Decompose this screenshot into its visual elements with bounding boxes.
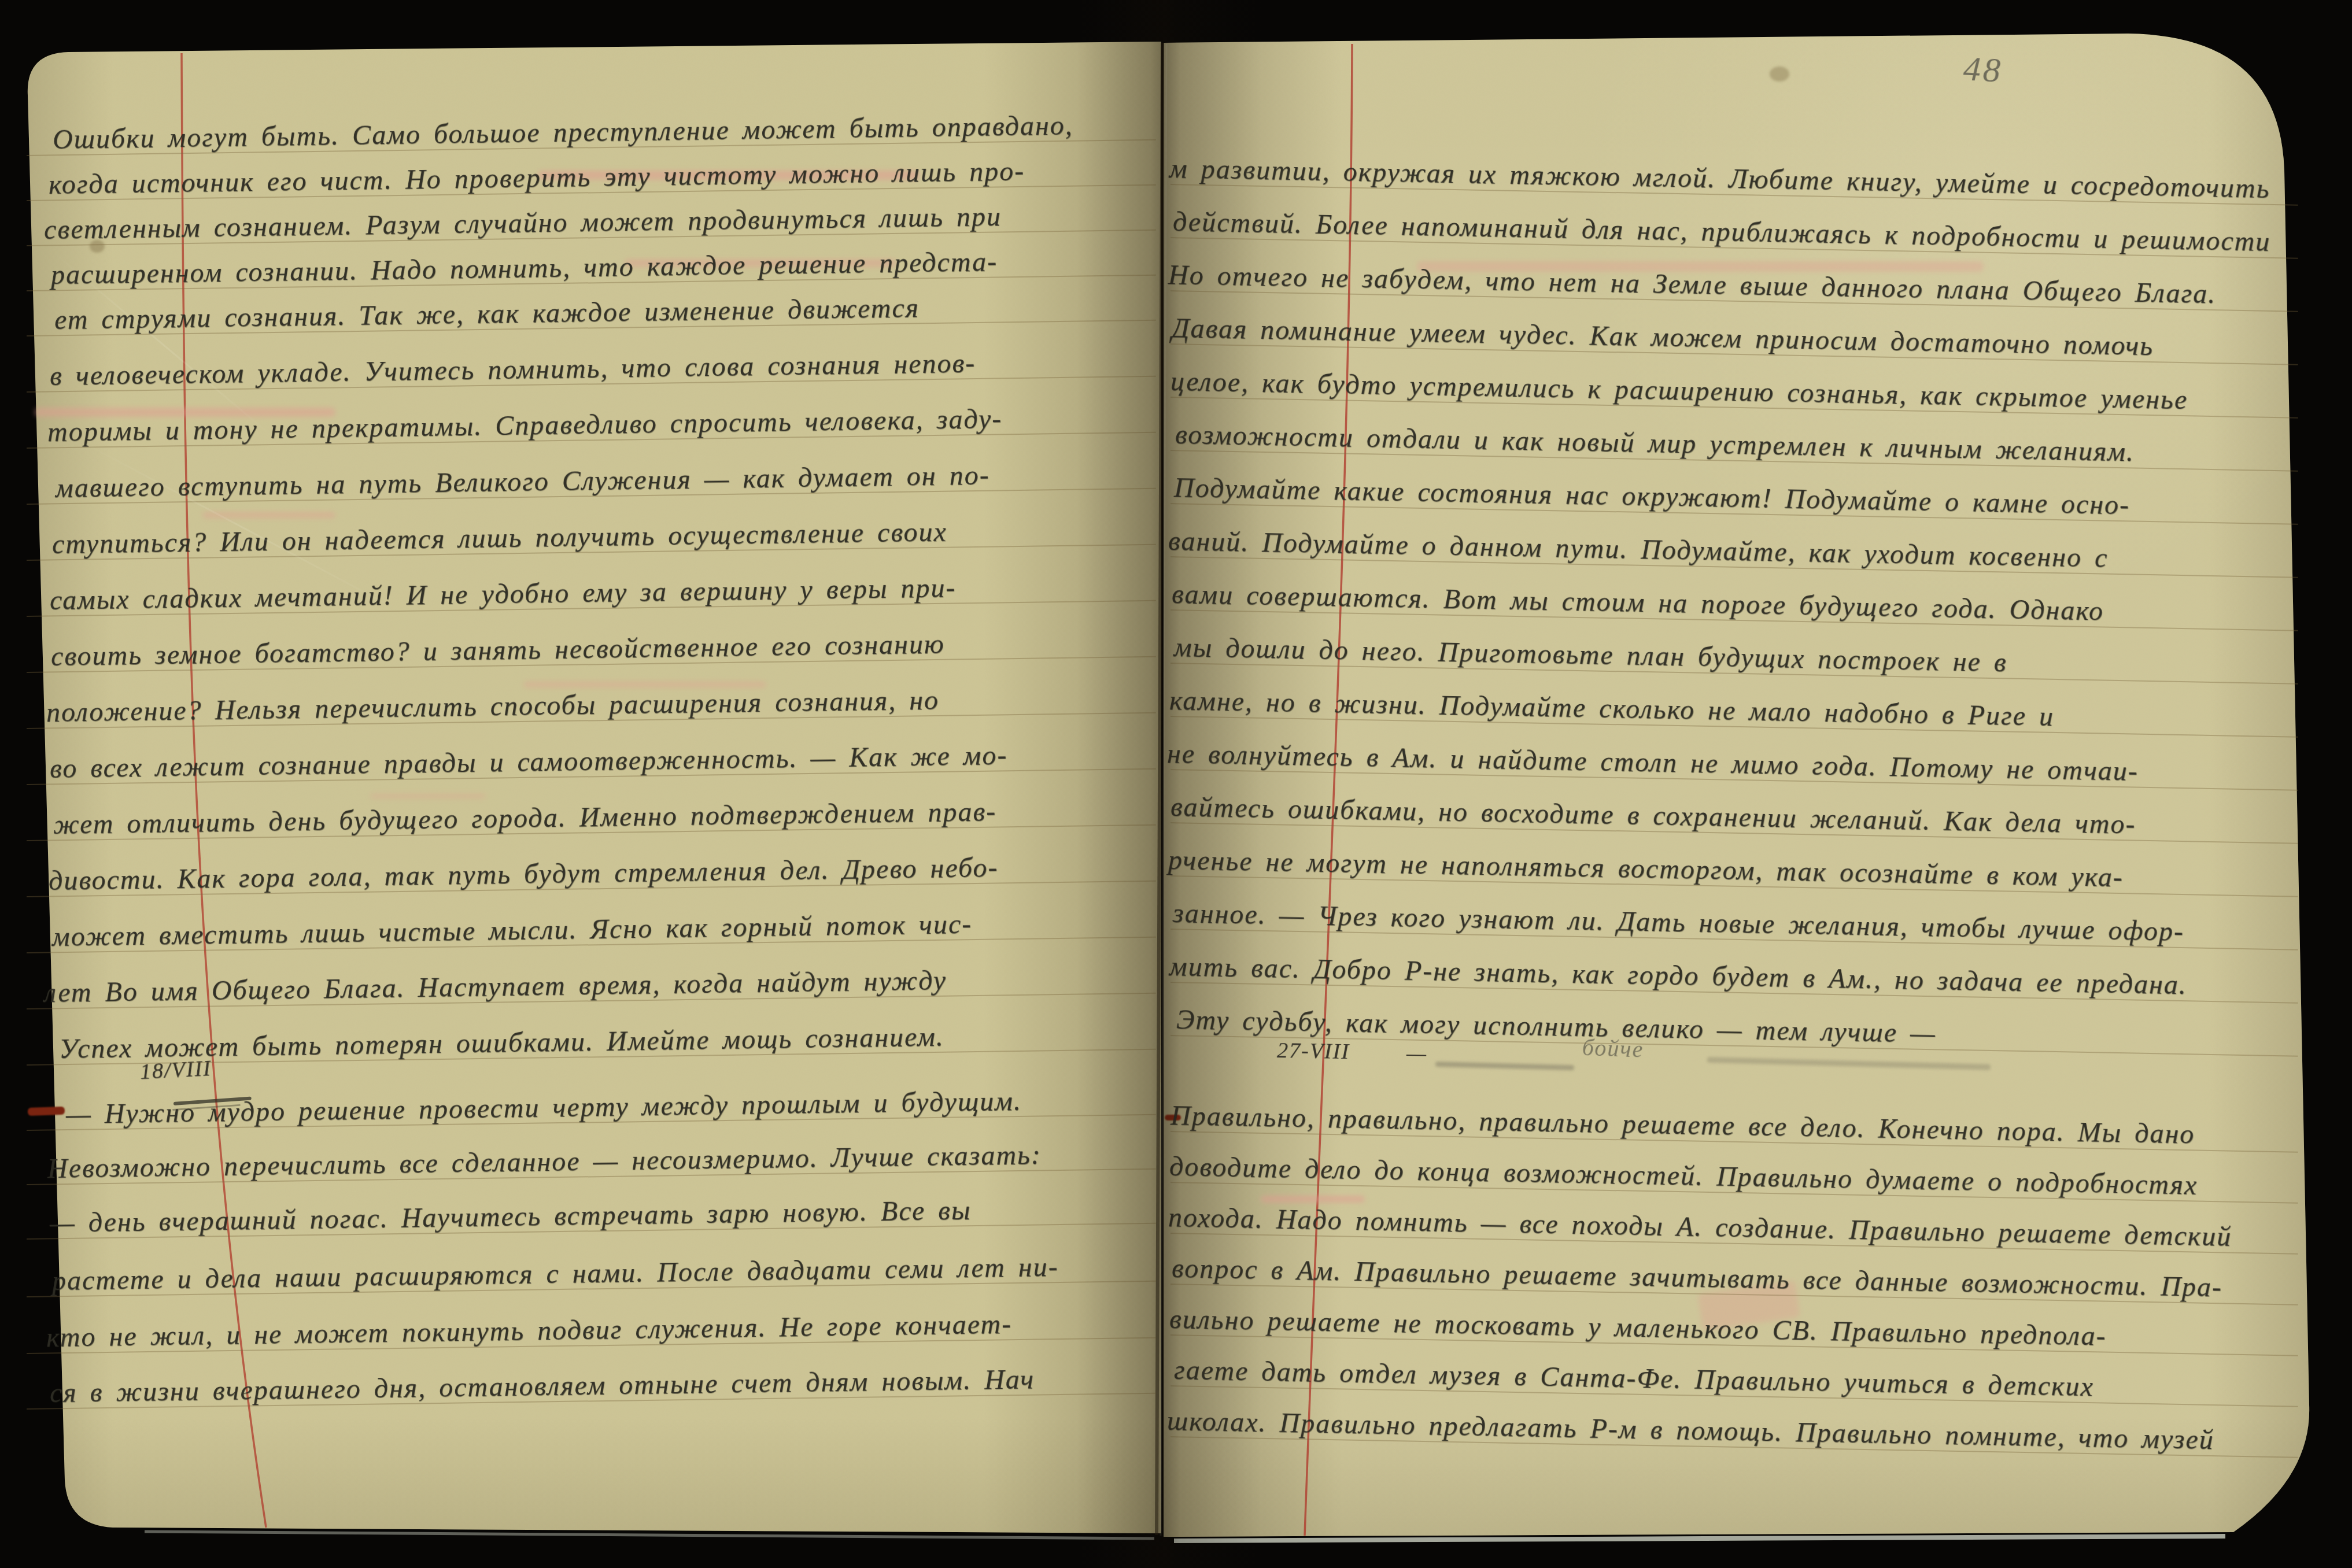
handwritten-line: Правильно, правильно, правильно решаете … xyxy=(1170,1099,2195,1152)
left-page: 18/VIII Ошибки могут быть. Само большое … xyxy=(27,0,1161,1568)
handwritten-line: вильно решаете не тосковать у маленького… xyxy=(1169,1302,2107,1354)
handwritten-line: доводите дело до конца возможностей. Пра… xyxy=(1169,1149,2198,1203)
handwritten-line: — Нужно мудро решение провести черту меж… xyxy=(66,1084,1022,1132)
handwritten-line: лет Во имя Общего Блага. Наступает время… xyxy=(44,963,947,1011)
handwritten-line: своить земное богатство? и занять несвой… xyxy=(51,627,945,674)
handwritten-line: самых сладких мечтаний! И не удобно ему … xyxy=(50,571,957,618)
handwritten-line: ет струями сознания. Так же, как каждое … xyxy=(54,291,920,338)
page-number: 48 xyxy=(1962,49,2004,90)
date-marker-right: 27-VIII xyxy=(1277,1038,1350,1064)
handwritten-line: вайтесь ошибками, но восходите в сохране… xyxy=(1170,790,2136,842)
handwritten-line: похода. Надо помнить — все походы А. соз… xyxy=(1168,1200,2232,1255)
scanned-notebook-spread: 18/VIII Ошибки могут быть. Само большое … xyxy=(0,0,2352,1568)
handwritten-line: камне, но в жизни. Подумайте сколько не … xyxy=(1169,683,2054,734)
handwritten-line: ступиться? Или он надеется лишь получить… xyxy=(52,515,948,562)
handwritten-line: жет отличить день будущего города. Именн… xyxy=(53,794,997,842)
handwritten-line: дивости. Как гора гола, так путь будут с… xyxy=(49,850,999,898)
paper-spot xyxy=(1770,66,1789,82)
handwritten-line: целое, как будто устремились к расширени… xyxy=(1170,364,2188,417)
handwritten-line: ваний. Подумайте о данном пути. Подумайт… xyxy=(1168,524,2108,576)
handwritten-line: Ошибки могут быть. Само большое преступл… xyxy=(53,108,1074,157)
red-margin-dash xyxy=(28,1107,65,1116)
handwritten-line: положение? Нельзя перечислить способы ра… xyxy=(46,683,940,730)
handwritten-line: школах. Правильно предлагать Р-м в помощ… xyxy=(1166,1404,2214,1458)
handwritten-line: во всех лежит сознание правды и самоотве… xyxy=(50,738,1008,786)
handwritten-line: — день вчерашний погас. Научитесь встреч… xyxy=(50,1193,972,1241)
handwritten-line: Невозможно перечислить все сделанное — н… xyxy=(47,1138,1042,1186)
handwritten-line: рченье не могут не наполняться восторгом… xyxy=(1168,843,2124,895)
handwritten-line: мавшего вступить на путь Великого Служен… xyxy=(56,458,990,506)
pencil-strike xyxy=(1435,1062,1574,1070)
handwritten-line: действий. Более напоминаний для нас, при… xyxy=(1172,205,2270,260)
handwritten-line: мы дошли до него. Приготовьте план будущ… xyxy=(1173,630,2007,680)
handwritten-line: ся в жизни вчерашнего дня, остановляем о… xyxy=(50,1362,1035,1411)
handwritten-line: Успех может быть потерян ошибками. Имейт… xyxy=(59,1020,945,1067)
handwritten-line: расширенном сознании. Надо помнить, что … xyxy=(51,245,998,293)
handwritten-line: гаете дать отдел музея в Санта-Фе. Прави… xyxy=(1173,1353,2094,1404)
handwritten-line: когда источник его чист. Но проверить эт… xyxy=(49,154,1025,202)
handwritten-line: возможности отдали и как новый мир устре… xyxy=(1175,417,2135,469)
handwritten-line: вами совершаются. Вот мы стоим на пороге… xyxy=(1171,577,2104,629)
faded-red-smudge xyxy=(1261,1196,1365,1203)
handwritten-line: в человеческом укладе. Учитесь помнить, … xyxy=(50,346,976,394)
handwritten-line: вопрос в Ам. Правильно решаете зачитыват… xyxy=(1171,1251,2222,1305)
handwritten-line: Давая поминание умеем чудес. Как можем п… xyxy=(1171,311,2154,364)
handwritten-line: кто не жил, и не может покинуть подвиг с… xyxy=(46,1307,1013,1355)
handwritten-line: растете и дела наши расширяются с нами. … xyxy=(52,1250,1059,1299)
date-dash: — xyxy=(1406,1041,1428,1067)
right-page: 27-VIII — бойче м развитии, окружая их т… xyxy=(1164,0,2310,1568)
handwritten-line: мить вас. Добро Р-не знать, как гордо бу… xyxy=(1169,949,2187,1003)
faded-red-smudge xyxy=(370,793,486,799)
handwritten-line: м развитии, окружая их тяжкою мглой. Люб… xyxy=(1169,151,2270,206)
handwritten-line: может вместить лишь чистые мысли. Ясно к… xyxy=(52,907,973,955)
handwritten-line: занное. — Чрез кого узнают ли. Дать новы… xyxy=(1172,896,2184,949)
handwritten-line: Подумайте какие состояния нас окружают! … xyxy=(1173,471,2130,523)
handwritten-line: не волнуйтесь в Ам. и найдите столп не м… xyxy=(1166,737,2139,789)
pencil-strike xyxy=(1707,1057,1991,1070)
handwritten-line: светленным сознанием. Разум случайно мож… xyxy=(44,199,1002,247)
